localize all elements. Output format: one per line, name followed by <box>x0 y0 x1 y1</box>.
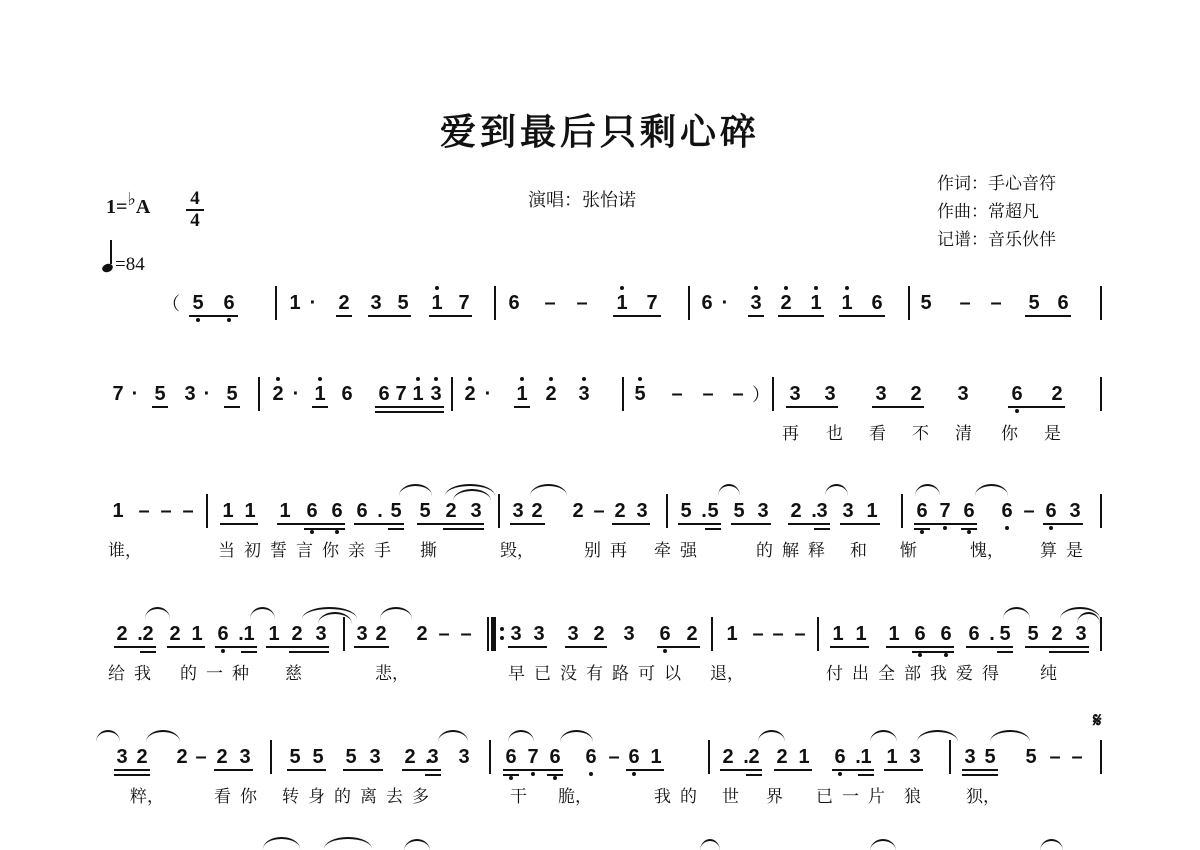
slur-arc <box>250 607 275 619</box>
song-title: 爱到最后只剩心碎 <box>0 104 1200 155</box>
beam-underline <box>962 769 998 771</box>
note: 2 <box>414 623 430 645</box>
slur-arc <box>915 484 940 496</box>
beam-underline <box>510 523 545 525</box>
dot-extension: . <box>372 500 388 522</box>
beam-underline <box>1008 406 1065 408</box>
note: 2 <box>443 500 459 522</box>
time-signature: 4 4 <box>186 190 204 230</box>
note: 6 <box>376 383 392 405</box>
note: 5 <box>310 746 326 768</box>
note: 1 <box>830 623 846 645</box>
note: 2 <box>612 500 628 522</box>
note: 6 <box>914 500 930 522</box>
note: 2 <box>402 746 418 768</box>
octave-down-dot <box>663 649 667 653</box>
note: 6 <box>354 500 370 522</box>
lyric-char: 路 <box>612 659 629 684</box>
lyric-char: 和 <box>850 536 867 561</box>
lyric-char: 去 <box>386 782 403 807</box>
note: – <box>542 292 558 314</box>
note: 7 <box>525 746 541 768</box>
time-top: 4 <box>186 190 204 208</box>
note: 6 <box>832 746 848 768</box>
slur-arc <box>530 484 567 496</box>
note: 3 <box>428 383 444 405</box>
note: 1 <box>724 623 740 645</box>
lyric-char: 出 <box>852 659 869 684</box>
note: 2 <box>570 500 586 522</box>
note: 2 <box>134 746 150 768</box>
note: 2 <box>774 746 790 768</box>
beam-underline <box>858 774 874 776</box>
bar-line <box>711 617 713 651</box>
note: – <box>458 623 474 645</box>
beam-underline <box>778 315 824 317</box>
note: 6 <box>1043 500 1059 522</box>
lyric-char: 种 <box>232 659 249 684</box>
lyric-char: 已 <box>534 659 551 684</box>
lyric-char: 看 <box>869 419 886 444</box>
lyric-char: 片 <box>868 782 885 807</box>
lyric-char: 脆， <box>558 782 592 807</box>
time-bottom: 4 <box>186 212 204 230</box>
note: – <box>750 623 766 645</box>
note: 6 <box>869 292 885 314</box>
note: 6 <box>938 623 954 645</box>
beam-underline <box>912 651 954 653</box>
beam-underline <box>289 651 329 653</box>
beam-underline <box>224 406 240 408</box>
note: 3 <box>1067 500 1083 522</box>
note: – <box>193 746 209 768</box>
note: 1 <box>858 746 874 768</box>
quarter-note-icon <box>101 262 114 273</box>
lyric-char: 爱 <box>956 659 973 684</box>
lyricist-credit: 作词：手心音符 <box>937 170 1056 198</box>
octave-up-dot <box>468 377 472 381</box>
lyric-char: 的 <box>680 782 697 807</box>
note: 6 <box>583 746 599 768</box>
lyric-char: 毁， <box>500 536 534 561</box>
repeat-bar-thick <box>491 617 496 651</box>
note: 5 <box>152 383 168 405</box>
tempo-marking: =84 <box>102 246 145 276</box>
lyric-char: 我 <box>134 659 151 684</box>
note: 6 <box>547 746 563 768</box>
note: – <box>158 500 174 522</box>
note: 2 <box>908 383 924 405</box>
note: – <box>770 623 786 645</box>
note: 1 <box>839 292 855 314</box>
beam-underline <box>731 523 771 525</box>
lyric-char: 是 <box>1044 419 1061 444</box>
note: 1 <box>189 623 205 645</box>
octave-down-dot <box>943 526 947 530</box>
note: 3 <box>814 500 830 522</box>
lyric-char: 粹， <box>130 782 164 807</box>
note: 6 <box>961 500 977 522</box>
beam-underline <box>189 315 238 317</box>
slur-arc <box>508 730 534 742</box>
note: 3 <box>468 500 484 522</box>
lyric-char: 看 <box>214 782 231 807</box>
bar-line <box>1100 740 1102 774</box>
note: 3 <box>755 500 771 522</box>
note: 5 <box>997 623 1013 645</box>
lyric-char: 再 <box>610 536 627 561</box>
beam-underline <box>354 646 389 648</box>
note: 7 <box>110 383 126 405</box>
octave-down-dot <box>838 772 842 776</box>
beam-underline <box>343 769 383 771</box>
repeat-bar <box>487 617 489 651</box>
beam-underline <box>312 406 328 408</box>
lyric-char: 不 <box>912 419 929 444</box>
slur-arc <box>917 730 958 742</box>
note: 3 <box>634 500 650 522</box>
lyric-char: 牵 <box>654 536 671 561</box>
lyric-char: 慈 <box>285 659 302 684</box>
octave-up-dot <box>318 377 322 381</box>
note: 6 <box>966 623 982 645</box>
beam-underline <box>375 411 444 413</box>
segno-icon: 𝄋 <box>1093 708 1102 732</box>
lyric-char: 界 <box>766 782 783 807</box>
note: 3 <box>621 623 637 645</box>
note: 7 <box>393 383 409 405</box>
lyric-char: 别 <box>584 536 601 561</box>
beam-underline <box>997 651 1013 653</box>
key-note: A <box>136 196 150 218</box>
flat-icon: ♭ <box>127 189 136 209</box>
note: 6 <box>329 500 345 522</box>
lyric-char: 狈， <box>966 782 1000 807</box>
octave-up-dot <box>814 286 818 290</box>
key-signature: 1=♭A <box>106 196 150 219</box>
beam-underline <box>402 769 441 771</box>
note: 1 <box>241 623 257 645</box>
note: 1 <box>853 623 869 645</box>
beam-underline <box>1025 646 1089 648</box>
note: 6 <box>339 383 355 405</box>
lyric-char: 清 <box>955 419 972 444</box>
note: 1 <box>884 746 900 768</box>
lyric-char: 我 <box>930 659 947 684</box>
beam-underline <box>336 315 352 317</box>
octave-up-dot <box>582 377 586 381</box>
lyric-char: 狼 <box>904 782 921 807</box>
octave-down-dot <box>632 772 636 776</box>
lyric-char: 言 <box>296 536 313 561</box>
octave-up-dot <box>620 286 624 290</box>
octave-down-dot <box>509 776 513 780</box>
note: 5 <box>395 292 411 314</box>
note: 5 <box>388 500 404 522</box>
beam-underline <box>368 315 411 317</box>
bar-line <box>1100 617 1102 651</box>
dot-extension: · <box>288 383 304 405</box>
note: 6 <box>503 746 519 768</box>
note: 3 <box>510 500 526 522</box>
beam-underline <box>830 646 869 648</box>
beam-underline <box>886 646 954 648</box>
lyric-char: 转 <box>282 782 299 807</box>
octave-down-dot <box>1049 526 1053 530</box>
lyric-char: 给 <box>108 659 125 684</box>
note: – <box>436 623 452 645</box>
lyric-char: 也 <box>826 419 843 444</box>
note: 6 <box>1055 292 1071 314</box>
note: 1 <box>796 746 812 768</box>
beam-underline <box>961 528 977 530</box>
note: 5 <box>1026 292 1042 314</box>
beam-underline <box>214 769 253 771</box>
note: 6 <box>506 292 522 314</box>
beam-underline <box>840 523 880 525</box>
slur-arc <box>700 839 720 850</box>
note: 5 <box>417 500 433 522</box>
lyric-char: 的 <box>334 782 351 807</box>
lyric-char: 的 <box>180 659 197 684</box>
lyric-char: 纯 <box>1040 659 1057 684</box>
beam-underline <box>114 646 156 648</box>
beam-underline <box>266 646 329 648</box>
bar-line <box>343 617 345 651</box>
octave-down-dot <box>1015 409 1019 413</box>
beam-underline <box>503 774 519 776</box>
beam-underline <box>839 315 885 317</box>
note: 7 <box>937 500 953 522</box>
lyric-char: 付 <box>826 659 843 684</box>
bar-line <box>489 740 491 774</box>
slur-arc <box>560 730 593 742</box>
bar-line <box>901 494 903 528</box>
note: 6 <box>626 746 642 768</box>
lyric-char: 撕 <box>420 536 437 561</box>
bar-line <box>1100 377 1102 411</box>
beam-underline <box>788 523 830 525</box>
slur-arc <box>718 484 740 496</box>
slur-arc <box>975 484 1008 496</box>
bar-line <box>270 740 272 774</box>
octave-down-dot <box>920 530 924 534</box>
note: 2 <box>336 292 352 314</box>
beam-underline <box>814 528 830 530</box>
beam-underline <box>1049 651 1089 653</box>
slur-arc <box>438 730 468 742</box>
note: – <box>730 383 746 405</box>
note: 1 <box>266 623 282 645</box>
octave-up-dot <box>784 286 788 290</box>
beam-underline <box>417 523 484 525</box>
dot-extension: · <box>480 383 496 405</box>
beam-underline <box>966 646 1013 648</box>
note: 6 <box>215 623 231 645</box>
beam-underline <box>1025 315 1071 317</box>
beam-underline <box>388 528 404 530</box>
octave-up-dot <box>435 286 439 290</box>
beam-underline <box>626 769 664 771</box>
lyric-char: 以 <box>664 659 681 684</box>
note: 5 <box>705 500 721 522</box>
slur-arc <box>380 607 412 619</box>
note: 5 <box>343 746 359 768</box>
note: 3 <box>508 623 524 645</box>
beam-underline <box>962 774 998 776</box>
slur-arc <box>758 730 785 742</box>
beam-underline <box>774 769 812 771</box>
note: 5 <box>224 383 240 405</box>
lyric-char: 得 <box>982 659 999 684</box>
note: 2 <box>174 746 190 768</box>
lyric-char: 身 <box>308 782 325 807</box>
lyric-char: 可 <box>638 659 655 684</box>
beam-underline <box>884 769 923 771</box>
slur-arc <box>404 839 430 850</box>
lyric-char: 部 <box>904 659 921 684</box>
note: – <box>136 500 152 522</box>
lyric-char: 解 <box>782 536 799 561</box>
lyric-char: 誓 <box>270 536 287 561</box>
note: 3 <box>822 383 838 405</box>
octave-down-dot <box>310 530 314 534</box>
transcriber-credit: 记谱：音乐伙伴 <box>937 226 1056 254</box>
bar-line <box>206 494 208 528</box>
lyric-char: 当 <box>218 536 235 561</box>
dot-extension: · <box>305 292 321 314</box>
lyric-char: 早 <box>508 659 525 684</box>
beam-underline <box>425 774 441 776</box>
lyric-char: 强 <box>680 536 697 561</box>
note: 3 <box>873 383 889 405</box>
note: 2 <box>462 383 478 405</box>
note: 1 <box>287 292 303 314</box>
note: 5 <box>731 500 747 522</box>
beam-underline <box>215 646 257 648</box>
note-stem <box>110 240 112 264</box>
beam-underline <box>167 646 205 648</box>
note: – <box>700 383 716 405</box>
open-paren: （ <box>162 290 180 316</box>
note: 5 <box>632 383 648 405</box>
note: 3 <box>962 746 978 768</box>
beam-underline <box>152 406 168 408</box>
lyric-char: 世 <box>722 782 739 807</box>
note: 5 <box>287 746 303 768</box>
note: 5 <box>918 292 934 314</box>
credits-block: 作词：手心音符 作曲：常超凡 记谱：音乐伙伴 <box>937 170 1056 254</box>
octave-up-dot <box>276 377 280 381</box>
beam-underline <box>914 523 977 525</box>
lyric-char: 一 <box>842 782 859 807</box>
slur-arc <box>324 837 372 849</box>
bar-line <box>275 286 277 320</box>
note: 3 <box>237 746 253 768</box>
beam-underline <box>241 651 257 653</box>
note: – <box>1069 746 1085 768</box>
bar-line <box>772 377 774 411</box>
lyric-char: 有 <box>586 659 603 684</box>
octave-down-dot <box>531 772 535 776</box>
slur-arc <box>145 607 170 619</box>
lyric-char: 离 <box>360 782 377 807</box>
octave-up-dot <box>434 377 438 381</box>
octave-down-dot <box>221 649 225 653</box>
lyric-char: 初 <box>244 536 261 561</box>
tempo-value: =84 <box>115 254 145 275</box>
note: 5 <box>1025 623 1041 645</box>
bar-line <box>817 617 819 651</box>
note: 3 <box>354 623 370 645</box>
lyric-char: 你 <box>240 782 257 807</box>
note: 6 <box>1009 383 1025 405</box>
note: – <box>669 383 685 405</box>
octave-down-dot <box>918 653 922 657</box>
note: 1 <box>864 500 880 522</box>
octave-down-dot <box>196 318 200 322</box>
note: 3 <box>1073 623 1089 645</box>
bar-line <box>622 377 624 411</box>
close-paren: ） <box>752 381 770 407</box>
bar-line <box>688 286 690 320</box>
lyric-char: 是 <box>1066 536 1083 561</box>
bar-line <box>451 377 453 411</box>
note: 1 <box>614 292 630 314</box>
beam-underline <box>287 769 326 771</box>
note: 3 <box>367 746 383 768</box>
note: 3 <box>787 383 803 405</box>
beam-underline <box>429 315 472 317</box>
note: 2 <box>543 383 559 405</box>
beam-underline <box>443 528 484 530</box>
slur-arc <box>1040 839 1063 850</box>
beam-underline <box>746 774 762 776</box>
note: 2 <box>373 623 389 645</box>
lyric-char: 愧， <box>970 536 1004 561</box>
singer-credit: 演唱：张怡诺 <box>528 186 636 212</box>
lyric-char: 手 <box>374 536 391 561</box>
lyric-char: 全 <box>878 659 895 684</box>
note: 2 <box>1049 623 1065 645</box>
note: 3 <box>531 623 547 645</box>
beam-underline <box>914 528 930 530</box>
note: 3 <box>456 746 472 768</box>
note: 6 <box>657 623 673 645</box>
octave-up-dot <box>638 377 642 381</box>
note: 2 <box>788 500 804 522</box>
bar-line <box>494 286 496 320</box>
lyric-char: 你 <box>322 536 339 561</box>
note: 2 <box>167 623 183 645</box>
bar-line <box>949 740 951 774</box>
beam-underline <box>657 646 700 648</box>
note: 3 <box>907 746 923 768</box>
octave-up-dot <box>549 377 553 381</box>
slur-arc <box>96 730 120 742</box>
note: 7 <box>644 292 660 314</box>
octave-down-dot <box>335 530 339 534</box>
beam-underline <box>354 523 404 525</box>
octave-down-dot <box>227 318 231 322</box>
octave-up-dot <box>845 286 849 290</box>
note: 2 <box>746 746 762 768</box>
note: 1 <box>220 500 236 522</box>
note: 1 <box>312 383 328 405</box>
note: 5 <box>190 292 206 314</box>
beam-underline <box>613 315 661 317</box>
note: 3 <box>576 383 592 405</box>
